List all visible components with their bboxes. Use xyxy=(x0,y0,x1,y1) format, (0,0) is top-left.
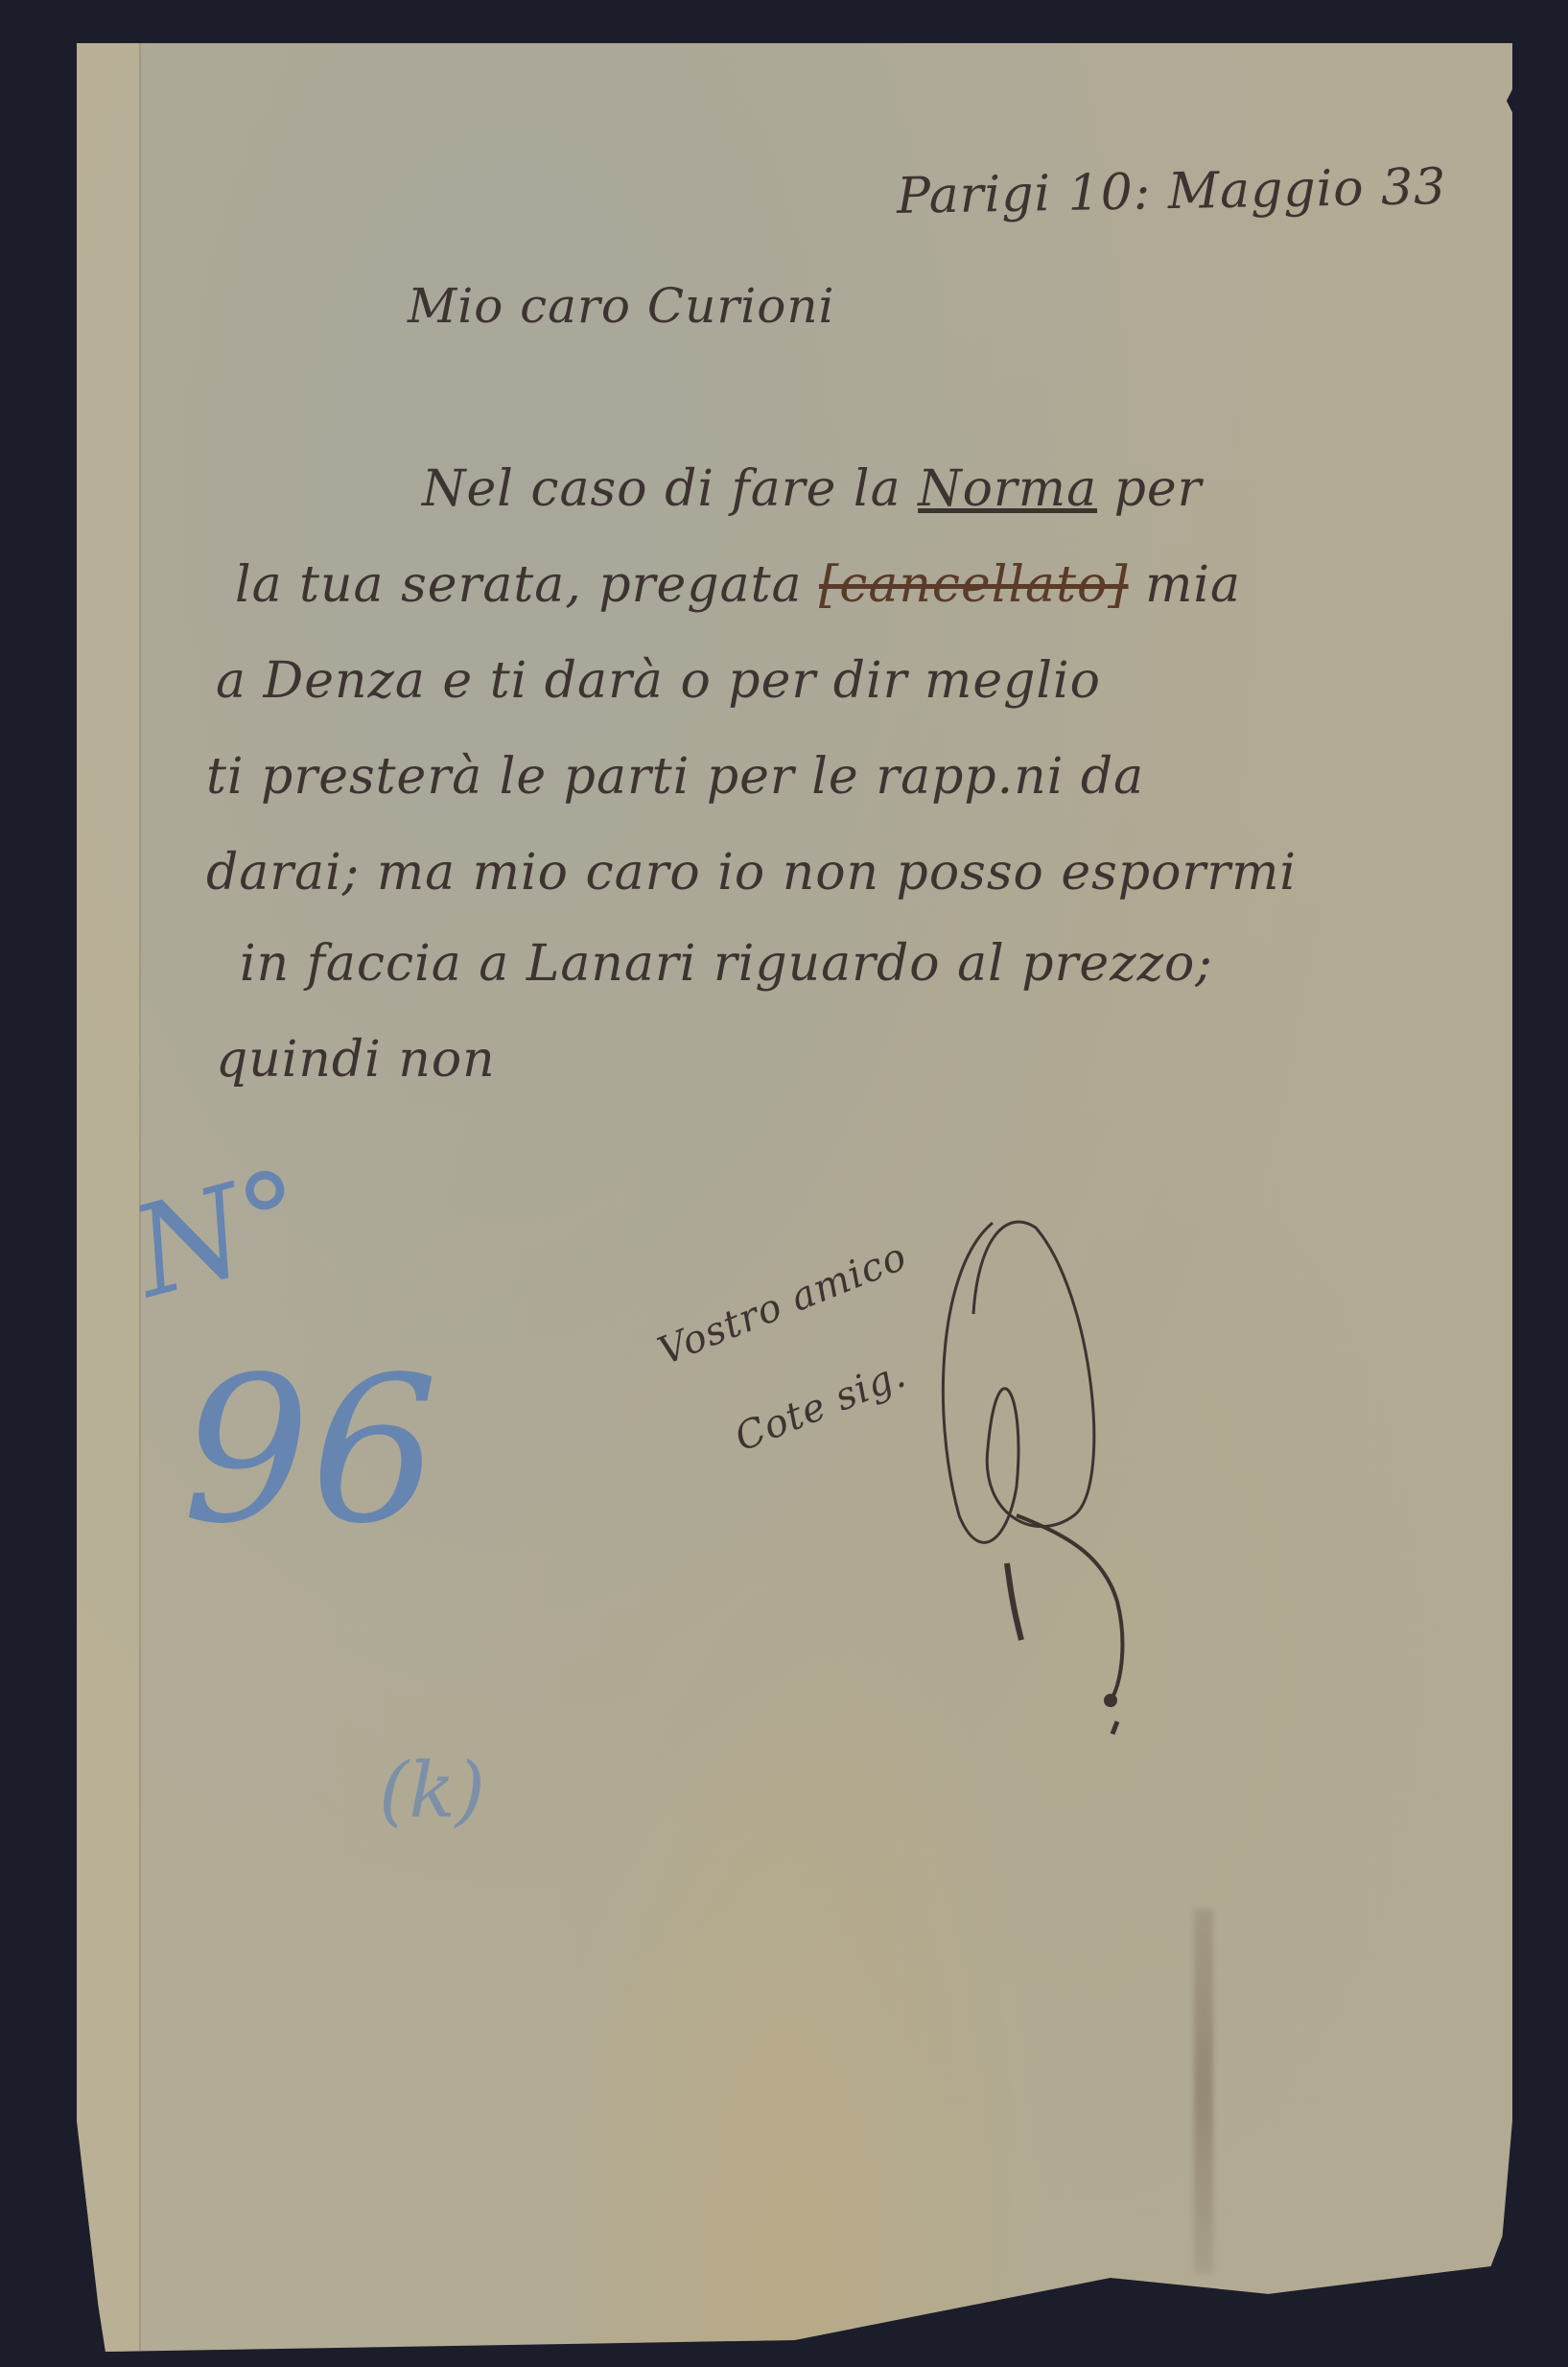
body-text: Nel caso di fare la xyxy=(422,460,918,518)
body-line-7: quindi non xyxy=(216,1031,496,1089)
letter-date: Parigi 10: Maggio 33 xyxy=(897,158,1447,225)
body-line-2: la tua serata, pregata [cancellato] mia xyxy=(235,556,1241,614)
archive-number: 96 xyxy=(182,1333,438,1568)
opera-title-norma: Norma xyxy=(918,460,1097,518)
struck-word: [cancellato] xyxy=(819,556,1129,614)
body-line-5: darai; ma mio caro io non posso esporrmi xyxy=(206,844,1297,902)
letter-salutation: Mio caro Curioni xyxy=(408,278,835,334)
body-text: mia xyxy=(1129,556,1241,614)
body-line-3: a Denza e ti darà o per dir meglio xyxy=(216,652,1101,710)
ink-bleed-through xyxy=(1194,1909,1213,2273)
body-line-4: ti presterà le parti per le rapp.ni da xyxy=(206,748,1144,806)
body-line-6: in faccia a Lanari riguardo al prezzo; xyxy=(240,935,1213,993)
body-line-1: Nel caso di fare la Norma per xyxy=(422,460,1203,518)
body-text: per xyxy=(1097,460,1202,518)
archive-note: (k) xyxy=(379,1746,485,1835)
signature-paraph xyxy=(921,1199,1141,1736)
body-text: la tua serata, pregata xyxy=(235,556,819,614)
